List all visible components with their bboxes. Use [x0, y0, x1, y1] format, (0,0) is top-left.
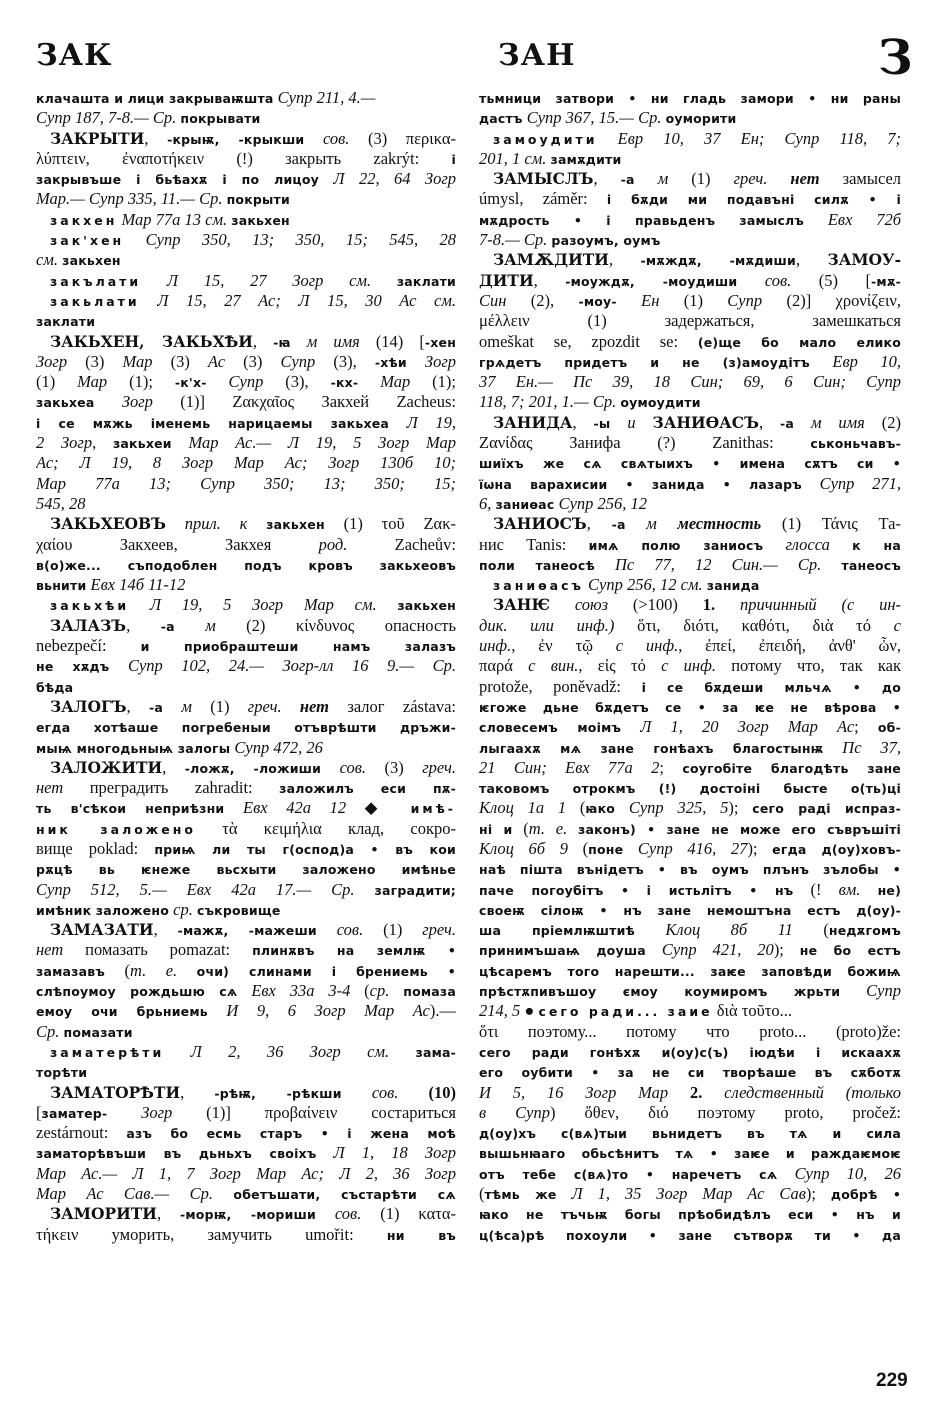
dictionary-line: закьхеа Зогр (1)] Ζακχαῖος Закхей Zacheu…	[36, 392, 456, 412]
section-letter: З	[878, 30, 913, 86]
right-guide-word: ЗАН	[498, 38, 575, 73]
dictionary-line: Супр 187, 7-8.— Ср. покрывати	[36, 108, 456, 128]
dictionary-line: ꙗко не тъчьѭ богы прѣобидѣлъ еси • нъ и	[479, 1204, 901, 1224]
dictionary-line: Мар.— Супр 335, 11.— Ср. покрыти	[36, 189, 456, 209]
dictionary-line: ЗАКЬХЕОВЪ прил. к закьхен (1) τοῦ Ζακ-	[36, 514, 456, 534]
right-column: тьмници затвори • ни гладь замори • ни р…	[479, 88, 901, 1245]
left-guide-word: ЗАК	[36, 38, 112, 73]
dictionary-line: Клоц 1а 1 (ꙗко Супр 325, 5); сего раді и…	[479, 798, 901, 818]
dictionary-line: Мар Ас.— Л 1, 7 Зогр Мар Ас; Л 2, 36 Зог…	[36, 1164, 456, 1184]
dictionary-line: инф., ἐν τῷ с инф., ἐπεί, ἐπειδή, ἀνθ' ὧ…	[479, 636, 901, 656]
dictionary-line: Ζανίδας Занифа (?) Zanithas: ськоньчавъ-	[479, 433, 901, 453]
dictionary-line: емоу очи брьниемь И 9, 6 Зогр Мар Ас).—	[36, 1001, 456, 1021]
dictionary-line: ЗАНИДА, -ы и ЗАНИѲАСЪ, -а м имя (2)	[479, 413, 901, 433]
dictionary-line: Ср. помазати	[36, 1022, 456, 1042]
dictionary-line: слѣпоумоу рождьшю сѧ Евх 33а 3-4 (ср. по…	[36, 981, 456, 1001]
dictionary-line: χαίου Закхеев, Закхея род. Zacheův:	[36, 535, 456, 555]
dictionary-line: нет помазать pomazat: плинѫвъ на землѭ •	[36, 940, 456, 960]
dictionary-line: τήκειν уморить, замучить umořit: ни въ	[36, 1225, 456, 1245]
dictionary-line: дастъ Супр 367, 15.— Ср. оуморити	[479, 108, 901, 128]
dictionary-line: И 5, 16 Зогр Мар 2. следственный (только	[479, 1083, 901, 1103]
dictionary-line: (тѣмь же Л 1, 35 Зогр Мар Ас Сав); добрѣ…	[479, 1184, 901, 1204]
dictionary-line: 214, 5 ● сего ради... заие διὰ τοῦτο...	[479, 1001, 901, 1021]
dictionary-line: protože, poněvadž: і се бѫдеши мльчѧ • д…	[479, 677, 901, 697]
dictionary-line: заматорѣвъши въ дьньхъ своіхъ Л 1, 18 Зо…	[36, 1143, 456, 1163]
dictionary-line: ЗАМАЗАТИ, -мажѫ, -мажеши сов. (1) греч.	[36, 920, 456, 940]
dictionary-line: 545, 28	[36, 494, 456, 514]
dictionary-line: лыгаахѫ мѧ зане гонѣахъ благостынѭ Пс 37…	[479, 738, 901, 758]
dictionary-line: бѣда	[36, 677, 456, 697]
page-header: ЗАК ЗАН З	[0, 30, 950, 80]
dictionary-line: Клоц 6б 9 (поне Супр 416, 27); егда д(оу…	[479, 839, 901, 859]
dictionary-line: ДИТИ, -моуждѫ, -моудиши сов. (5) [-мѫ-	[479, 271, 901, 291]
dictionary-line: ЗАЛОЖИТИ, -ложѫ, -ложиши сов. (3) греч.	[36, 758, 456, 778]
dictionary-line: заматерѣти Л 2, 36 Зогр см. зама-	[36, 1042, 456, 1062]
dictionary-line: вьнити Евх 14б 11-12	[36, 575, 456, 595]
dictionary-line: таковомъ отрокмъ (!) достоіні бысте о(ть…	[479, 778, 901, 798]
dictionary-line: своеѭ сілоѭ • нъ зане немоштъна естъ д(о…	[479, 900, 901, 920]
dictionary-line: не хѫдъ Супр 102, 24.— Зогр-лл 16 9.— Ср…	[36, 656, 456, 676]
dictionary-line: закхен Мар 77а 13 см. закьхен	[36, 210, 456, 230]
dictionary-line: Супр 512, 5.— Евх 42а 17.— Ср. заградити…	[36, 880, 456, 900]
dictionary-line: úmysl, záměr: і бѫди ми подавъні силѫ • …	[479, 189, 901, 209]
dictionary-line: сего ради гонѣхѫ и(оу)с(ъ) іюдѣи і искаа…	[479, 1042, 901, 1062]
dictionary-line: Мар Ас Сав.— Ср. обетъшати, състарѣти сѧ	[36, 1184, 456, 1204]
dictionary-line: грѧдетъ придетъ и не (з)амоудітъ Евр 10,	[479, 352, 901, 372]
dictionary-line: отъ тебе с(вѧ)то • наречетъ сѧ Супр 10, …	[479, 1164, 901, 1184]
dictionary-line: торѣти	[36, 1062, 456, 1082]
dictionary-line: 7-8.— Ср. разоумъ, оумъ	[479, 230, 901, 250]
dictionary-line: мѫдрость • і правьденъ замыслъ Евх 72б	[479, 210, 901, 230]
dictionary-line: шиїхъ же сѧ свѧтыихъ • имена сѫтъ си •	[479, 453, 901, 473]
dictionary-line: поли танеосѣ Пс 77, 12 Син.— Ср. танеосъ	[479, 555, 901, 575]
dictionary-line: ЗАМЫСЛЪ, -а м (1) греч. нет замысел	[479, 169, 901, 189]
dictionary-line: д(оу)хъ с(вѧ)тыи вьнидетъ въ тѧ и сила	[479, 1123, 901, 1143]
dictionary-line: словесемъ моімъ Л 1, 20 Зогр Мар Ас; об-	[479, 717, 901, 737]
dictionary-line: і се мѫжь іменемь нарицаемы закьхеа Л 19…	[36, 413, 456, 433]
dictionary-line: 6, заниѳас Супр 256, 12	[479, 494, 901, 514]
dictionary-line: ѥгоже дьне бѫдетъ се • за ѥе не вѣрова •	[479, 697, 901, 717]
dictionary-line: ЗАНИОСЪ, -а м местность (1) Τάνις Та-	[479, 514, 901, 534]
dictionary-line: παρά с вин., εἰς τό с инф. потому что, т…	[479, 656, 901, 676]
dictionary-line: omeškat se, zpozdit se: (е)ще бо мало ел…	[479, 332, 901, 352]
dictionary-line: закьхѣи Л 19, 5 Зогр Мар см. закьхен	[36, 595, 456, 615]
dictionary-line: вище poklad: приѩ ли ты г(оспод)а • въ к…	[36, 839, 456, 859]
dictionary-line: Ас; Л 19, 8 Зогр Мар Ас; Зогр 130б 10;	[36, 453, 456, 473]
dictionary-line: тьмници затвори • ни гладь замори • ни р…	[479, 88, 901, 108]
dictionary-line: принимъшаѩ доуша Супр 421, 20); не бо ес…	[479, 940, 901, 960]
dictionary-line: закьлати Л 15, 27 Ас; Л 15, 30 Ас см.	[36, 291, 456, 311]
dictionary-line: ні и (т. е. законъ) • зане не може его с…	[479, 819, 901, 839]
dictionary-line: нис Tanis: имѧ полю заниосъ глосса к на	[479, 535, 901, 555]
dictionary-line: 2 Зогр, закьхеи Мар Ас.— Л 19, 5 Зогр Ма…	[36, 433, 456, 453]
dictionary-line: λύπτειν, ἐναποτήκειν (!) закрыть zakrýt:…	[36, 149, 456, 169]
dictionary-line: zestárnout: азъ бо есмь старъ • і жена м…	[36, 1123, 456, 1143]
dictionary-line: мыѩ многодьныѩ залогы Супр 472, 26	[36, 738, 456, 758]
dictionary-line: ть в'сѣкои неприѣзни Евх 42а 12 ◆ имѣ-	[36, 798, 456, 818]
dictionary-line: заниѳасъ Супр 256, 12 см. занида	[479, 575, 901, 595]
dictionary-line: егда хотѣаше погребеныи отъврѣшти дръжи-	[36, 717, 456, 737]
dictionary-line: заклати	[36, 311, 456, 331]
dictionary-line: в Супр) ὅθεν, διό поэтому proto, pročež:	[479, 1103, 901, 1123]
dictionary-line: ЗАМѪДИТИ, -мѫждѫ, -мѫдиши, ЗАМОУ-	[479, 250, 901, 270]
dictionary-line: наѣ пішта вънідетъ • въ оумъ плънъ зълоб…	[479, 859, 901, 879]
dictionary-line: 21 Син; Евх 77а 2; соугобіте благодѣть з…	[479, 758, 901, 778]
dictionary-line: ЗАЛАЗЪ, -а м (2) κίνδυνος опасность	[36, 616, 456, 636]
dictionary-line: Син (2), -моу- Ен (1) Супр (2)] χρονίζει…	[479, 291, 901, 311]
page-number: 229	[876, 1370, 908, 1392]
dictionary-line: 37 Ен.— Пс 39, 18 Син; 69, 6 Син; Супр	[479, 372, 901, 392]
dictionary-line: замоудити Евр 10, 37 Ен; Супр 118, 7;	[479, 129, 901, 149]
dictionary-line: ник заложено τὰ κειμήλια клад, сокро-	[36, 819, 456, 839]
dictionary-line: ЗАМАТОРѢТИ, -рѣѭ, -рѣкши сов. (10)	[36, 1083, 456, 1103]
dictionary-line: имѣник заложено ср. съкровище	[36, 900, 456, 920]
dictionary-line: nebezpečí: и приобраштеши намъ залазъ	[36, 636, 456, 656]
dictionary-line: дик. или инф.) ὅτι, διότι, καθότι, διὰ τ…	[479, 616, 901, 636]
dictionary-line: закълати Л 15, 27 Зогр см. заклати	[36, 271, 456, 291]
dictionary-line: ЗАНѤ союз (>100) 1. причинный (с ин-	[479, 595, 901, 615]
dictionary-line: см. закьхен	[36, 250, 456, 270]
dictionary-line: ЗАКЬХЕН, ЗАКЬХѢИ, -ꙗ м имя (14) [-хен	[36, 332, 456, 352]
dictionary-line: паче погоубітъ • і истьлітъ • нъ (! вм. …	[479, 880, 901, 900]
dictionary-line: клачашта и лици закрываѭшта Супр 211, 4.…	[36, 88, 456, 108]
dictionary-line: рѫцѣ вь ѥнеже вьсхыти заложено имѣнье	[36, 859, 456, 879]
dictionary-line: ὅτι поэтому... потому что proto... (prot…	[479, 1022, 901, 1042]
dictionary-line: ЗАМОРИТИ, -морѭ, -мориши сов. (1) κατα-	[36, 1204, 456, 1224]
dictionary-line: цѣсаремъ того нарешти... заѥе заповѣди б…	[479, 961, 901, 981]
dictionary-line: Мар 77а 13; Супр 350; 13; 350; 15;	[36, 474, 456, 494]
dictionary-line: 118, 7; 201, 1.— Ср. оумоудити	[479, 392, 901, 412]
dictionary-line: прѣстѫпивъшоу ємоу коумиромъ жрьти Супр	[479, 981, 901, 1001]
dictionary-line: в(о)же... съподоблен подъ кровъ закьхеов…	[36, 555, 456, 575]
dictionary-line: его оубити • за не си творѣаше въ сѫботѫ	[479, 1062, 901, 1082]
dictionary-line: вышьнꙗаго обьсѣнитъ тѧ • заѥе и раждаѥмо…	[479, 1143, 901, 1163]
dictionary-line: ЗАЛОГЪ, -а м (1) греч. нет залог zástava…	[36, 697, 456, 717]
dictionary-line: (1) Мар (1); -к'х- Супр (3), -кх- Мар (1…	[36, 372, 456, 392]
dictionary-line: зак'хен Супр 350, 13; 350, 15; 545, 28	[36, 230, 456, 250]
dictionary-line: нет преградить zahradit: заложилъ еси пѫ…	[36, 778, 456, 798]
dictionary-line: їѡна варахисии • занида • лазаръ Супр 27…	[479, 474, 901, 494]
dictionary-line: 201, 1 см. замѫдити	[479, 149, 901, 169]
dictionary-line: закрывъше і бьѣахѫ і по лицоу Л 22, 64 З…	[36, 169, 456, 189]
dictionary-line: ЗАКРЫТИ, -крыѭ, -крыкши сов. (3) περικα-	[36, 129, 456, 149]
dictionary-line: ша прiемлѭштиѣ Клоц 8б 11 (недѫгомъ	[479, 920, 901, 940]
dictionary-line: Зогр (3) Мар (3) Ас (3) Супр (3), -хѣи З…	[36, 352, 456, 372]
left-column: клачашта и лици закрываѭшта Супр 211, 4.…	[36, 88, 456, 1245]
dictionary-line: μέλλειν (1) задержаться, замешкаться	[479, 311, 901, 331]
dictionary-line: ц(ѣса)рѣ похоули • зане сътворѫ ти • да	[479, 1225, 901, 1245]
dictionary-line: [заматер- Зогр (1)] προβαίνειν состарить…	[36, 1103, 456, 1123]
dictionary-line: замазавъ (т. е. очи) слинами і брениемь …	[36, 961, 456, 981]
